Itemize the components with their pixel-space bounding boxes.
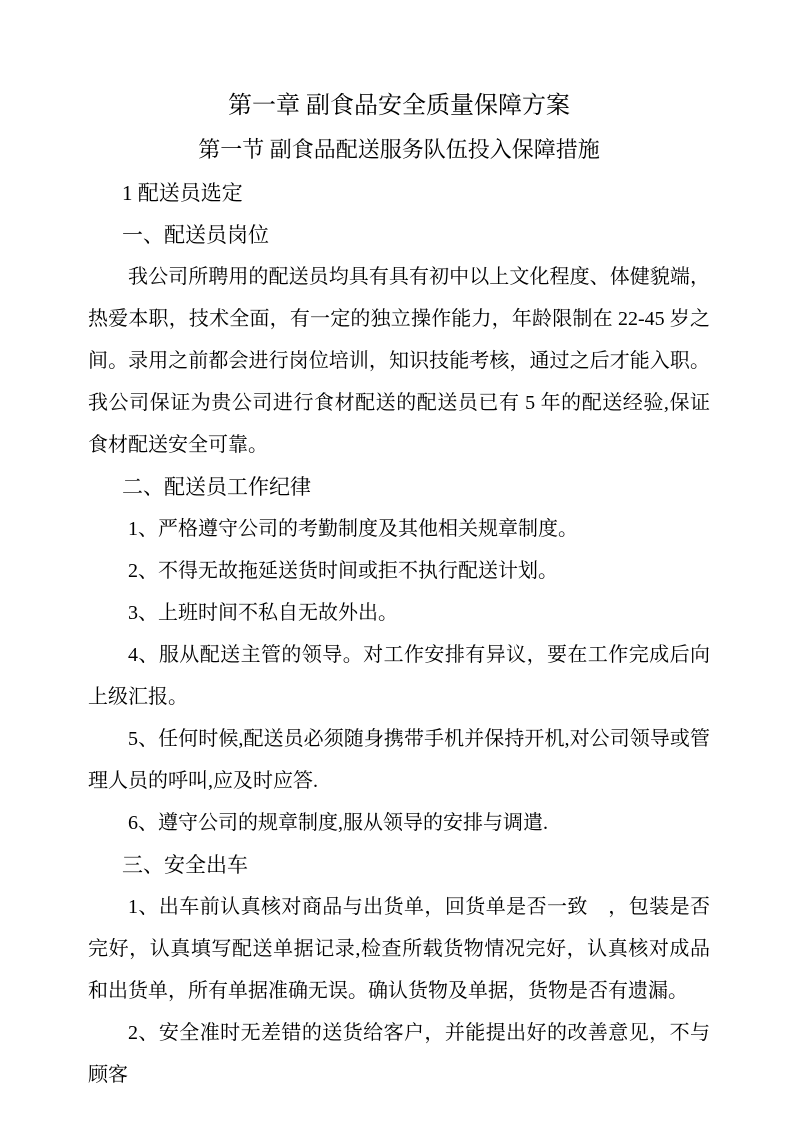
part2-item-5: 5、任何时候,配送员必须随身携带手机并保持开机,对公司领导或管理人员的呼叫,应及… (88, 718, 710, 802)
part2-item-3: 3、上班时间不私自无故外出。 (88, 592, 710, 634)
chapter-title: 第一章 副食品安全质量保障方案 (88, 84, 710, 128)
part3-item-1: 1、出车前认真核对商品与出货单，回货单是否一致 ，包装是否完好，认真填写配送单据… (88, 886, 710, 1012)
part1-paragraph: 我公司所聘用的配送员均具有具有初中以上文化程度、体健貌端，热爱本职，技术全面，有… (88, 256, 710, 466)
part2-item-4: 4、服从配送主管的领导。对工作安排有异议，要在工作完成后向上级汇报。 (88, 634, 710, 718)
document-content: 第一章 副食品安全质量保障方案 第一节 副食品配送服务队伍投入保障措施 1 配送… (88, 84, 710, 1096)
part1-heading: 一、配送员岗位 (88, 214, 710, 256)
part3-heading: 三、安全出车 (88, 844, 710, 886)
part2-item-1: 1、严格遵守公司的考勤制度及其他相关规章制度。 (88, 508, 710, 550)
section-title: 第一节 副食品配送服务队伍投入保障措施 (88, 128, 710, 172)
part2-item-6: 6、遵守公司的规章制度,服从领导的安排与调遣. (88, 802, 710, 844)
document-page: 第一章 副食品安全质量保障方案 第一节 副食品配送服务队伍投入保障措施 1 配送… (0, 0, 793, 1122)
part2-item-2: 2、不得无故拖延送货时间或拒不执行配送计划。 (88, 550, 710, 592)
part2-heading: 二、配送员工作纪律 (88, 466, 710, 508)
numbered-heading: 1 配送员选定 (88, 172, 710, 214)
part3-item-2: 2、安全准时无差错的送货给客户，并能提出好的改善意见，不与顾客 (88, 1012, 710, 1096)
